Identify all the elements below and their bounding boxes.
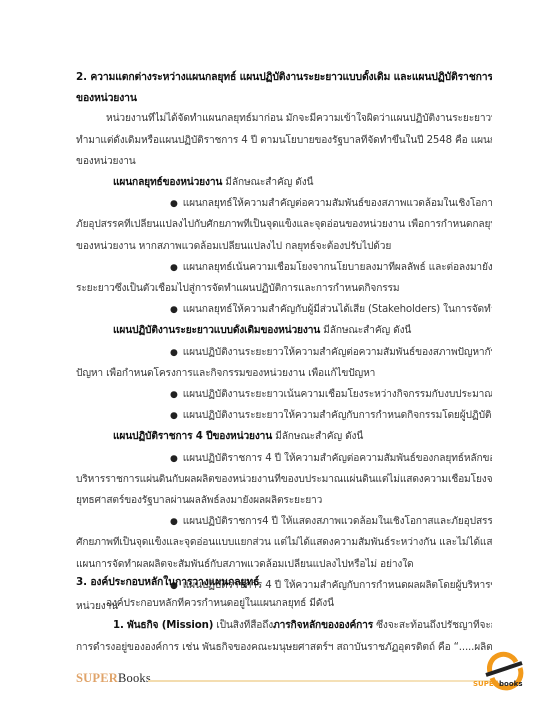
subheading-suffix: มีลักษณะสำคัญ ดังนี้ (272, 431, 363, 442)
paragraph: ภัยอุปสรรคที่เปลี่ยนแปลงไปกับศักยภาพที่เ… (76, 218, 492, 232)
bullet-item: แผนกลยุทธ์เน้นความเชื่อมโยงจากนโยบายลงมา… (76, 261, 492, 275)
section2-heading: 2. ความแตกต่างระหว่างแผนกลยุทธ์ แผนปฏิบั… (76, 70, 492, 84)
section3-heading: 3. องค์ประกอบหลักในการวางแผนกลยุทธ์ (76, 575, 492, 589)
bullet-item: แผนปฏิบัติราชการ 4 ปี ให้ความสำคัญต่อควา… (76, 452, 492, 466)
logo-wordmark: SUPERbooks (473, 680, 522, 688)
brand-rest: Books (118, 671, 151, 685)
paragraph: บริหารราชการแผ่นดินกับผลผลิตของหน่วยงานท… (76, 473, 492, 487)
paragraph: ยุทธศาสตร์ของรัฐบาลผ่านผลลัพธ์ลงมายังผลผ… (76, 494, 492, 508)
paragraph: ระยะยาวซึ่งเป็นตัวเชื่อมไปสู่การจัดทำแผน… (76, 282, 492, 296)
footer-divider (148, 680, 498, 682)
paragraph: ปัญหา เพื่อกำหนดโครงการและกิจกรรมของหน่ว… (76, 367, 492, 381)
mission-label: 1. พันธกิจ (Mission) (113, 620, 213, 631)
mission-text: เป็นสิ่งที่สื่อถึง (213, 620, 273, 631)
bullet-item: แผนปฏิบัติงานระยะยาวให้ความสำคัญต่อความส… (76, 346, 492, 360)
subheading-gov-plan: แผนปฏิบัติราชการ 4 ปีของหน่วยงาน มีลักษณ… (76, 430, 492, 444)
subheading-suffix: มีลักษณะสำคัญ ดังนี้ (222, 177, 313, 188)
bullet-item: แผนปฏิบัติงานระยะยาวให้ความสำคัญกับการกำ… (76, 409, 492, 423)
subheading-strategic-plan: แผนกลยุทธ์ของหน่วยงาน มีลักษณะสำคัญ ดังน… (76, 176, 492, 190)
subheading-title: แผนกลยุทธ์ของหน่วยงาน (113, 177, 222, 188)
mission-paragraph: 1. พันธกิจ (Mission) เป็นสิ่งที่สื่อถึงภ… (76, 619, 492, 633)
brand-highlight: SUPER (76, 671, 118, 685)
paragraph: แผนการจัดทำผลผลิตจะสัมพันธ์กับสภาพแวดล้อ… (76, 558, 492, 572)
subheading-title: แผนปฏิบัติราชการ 4 ปีของหน่วยงาน (113, 431, 272, 442)
paragraph: ทำมาแต่ดั้งเดิมหรือแผนปฏิบัติราชการ 4 ปี… (76, 134, 492, 148)
paragraph: ของหน่วยงาน หากสภาพแวดล้อมเปลี่ยนแปลงไป … (76, 240, 492, 254)
subheading-longterm-plan: แผนปฏิบัติงานระยะยาวแบบดั้งเดิมของหน่วยง… (76, 324, 492, 338)
logo-highlight: SUPER (473, 680, 499, 688)
section2-heading-cont: ของหน่วยงาน (76, 91, 492, 105)
paragraph: การดำรงอยู่ขององค์การ เช่น พันธกิจของคณะ… (76, 641, 492, 655)
bullet-item: แผนกลยุทธ์ให้ความสำคัญต่อความสัมพันธ์ของ… (76, 197, 492, 211)
bullet-item: แผนปฏิบัติราชการ4 ปี ให้แสดงสภาพแวดล้อมใ… (76, 515, 492, 529)
paragraph: องค์ประกอบหลักที่ควรกำหนดอยู่ในแผนกลยุทธ… (76, 597, 492, 611)
logo-rest: books (499, 680, 522, 688)
paragraph: ศักยภาพที่เป็นจุดแข็งและจุดอ่อนแบบแยกส่ว… (76, 536, 492, 550)
mission-emphasis: ภารกิจหลักขององค์การ (273, 620, 373, 631)
subheading-suffix: มีลักษณะสำคัญ ดังนี้ (320, 325, 411, 336)
subheading-title: แผนปฏิบัติงานระยะยาวแบบดั้งเดิมของหน่วยง… (113, 325, 320, 336)
paragraph: หน่วยงานที่ไม่ได้จัดทำแผนกลยุทธ์มาก่อน ม… (76, 112, 492, 126)
bullet-item: แผนกลยุทธ์ให้ความสำคัญกับผู้มีส่วนได้เสี… (76, 303, 492, 317)
bullet-item: แผนปฏิบัติงานระยะยาวเน้นความเชื่อมโยงระห… (76, 388, 492, 402)
footer-brand: SUPERBooks (76, 671, 151, 686)
mission-text: ซึ่งจะสะท้อนถึงปรัชญาที่จะกำหนด (373, 620, 492, 631)
paragraph: ของหน่วยงาน (76, 155, 492, 169)
